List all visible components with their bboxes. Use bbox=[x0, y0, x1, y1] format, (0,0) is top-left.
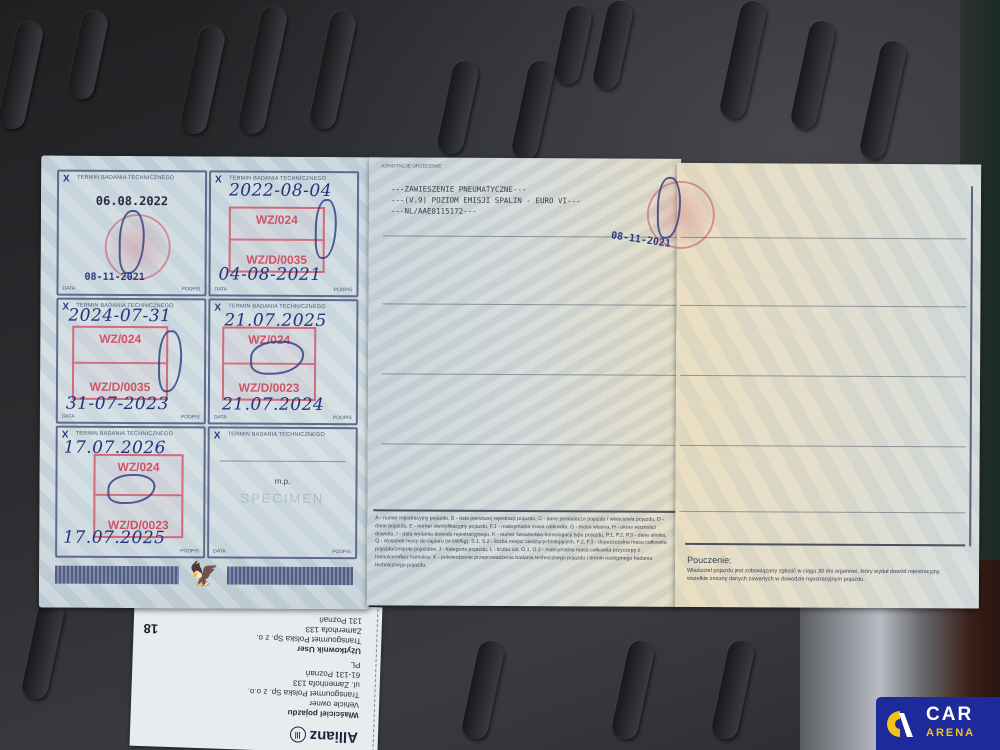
guilloche-band-left bbox=[55, 566, 179, 585]
faded-specimen-text: SPECIMEN bbox=[219, 490, 345, 506]
data-label: DATA bbox=[62, 286, 75, 292]
allianz-logo-icon: ||| bbox=[289, 726, 306, 743]
allianz-brand: Allianz||| bbox=[289, 726, 358, 745]
guilloche-band-right bbox=[227, 567, 353, 586]
box-header: TERMIN BADANIA TECHNICZNEGO bbox=[228, 432, 325, 439]
x-marker: X bbox=[214, 302, 221, 313]
insurance-card: Allianz||| Właściciel pojazdu Vehicle ow… bbox=[130, 599, 383, 750]
signature bbox=[158, 330, 182, 392]
user-street: Zamenhofa 133 bbox=[305, 625, 361, 636]
podpis-label: PODPIS bbox=[332, 549, 351, 555]
data-label: DATA bbox=[214, 414, 227, 420]
stamp-station: WZ/024 bbox=[74, 332, 166, 346]
annotation-line: ---NL/AAE8115172--- bbox=[391, 205, 581, 217]
stamp-station: WZ/024 bbox=[231, 213, 323, 227]
field-legend: A - numer rejestracyjny pojazdu, B - dat… bbox=[375, 515, 671, 571]
inspection-box-6-empty: X TERMIN BADANIA TECHNICZNEGO m.p. SPECI… bbox=[207, 426, 358, 559]
inspection-box-1: X TERMIN BADANIA TECHNICZNEGO 06.08.2022… bbox=[56, 170, 207, 297]
polish-eagle-emblem-icon: 🦅 bbox=[189, 560, 219, 590]
podpis-label: PODPIS bbox=[181, 414, 200, 420]
inspection-box-5: X TERMIN BADANIA TECHNICZNEGO 17.07.2026… bbox=[55, 426, 206, 559]
inspection-done-date: 21.07.2024 bbox=[222, 394, 324, 415]
brand-line-2: ARENA bbox=[926, 727, 975, 739]
box-header: TERMIN BADANIA TECHNICZNEGO bbox=[228, 304, 325, 311]
user-city: 131 Poznań bbox=[319, 615, 362, 625]
data-label: DATA bbox=[213, 548, 226, 554]
inspection-box-4: X TERMIN BADANIA TECHNICZNEGO 21.07.2025… bbox=[208, 298, 359, 425]
box-header: TERMIN BADANIA TECHNICZNEGO bbox=[77, 175, 174, 182]
podpis-label: PODPIS bbox=[333, 415, 352, 421]
notice-page: 08-11-2021 Pouczenie: Właściciel pojazdu… bbox=[675, 163, 981, 609]
inspection-stamp: WZ/024 WZ/D/0035 bbox=[72, 326, 168, 401]
inspection-done-date: 31-07-2023 bbox=[66, 394, 169, 415]
data-label: DATA bbox=[62, 414, 75, 420]
notice-title: Pouczenie: bbox=[687, 555, 732, 565]
podpis-label: PODPIS bbox=[180, 548, 199, 554]
car-arena-watermark: CAR ARENA bbox=[876, 697, 1000, 750]
stamp-date: 08-11-2021 bbox=[85, 272, 145, 283]
annotations-page: ADNOTACJE URZĘDOWE ---ZAWIESZENIE PNEUMA… bbox=[367, 157, 681, 607]
registration-booklet: X TERMIN BADANIA TECHNICZNEGO 06.08.2022… bbox=[39, 156, 981, 613]
stamp-station: WZ/024 bbox=[96, 460, 182, 474]
next-inspection-date: 2024-07-31 bbox=[68, 306, 171, 327]
podpis-label: PODPIS bbox=[334, 287, 353, 293]
x-marker: X bbox=[215, 174, 222, 185]
next-inspection-date: 2022-08-04 bbox=[229, 181, 332, 202]
owner-city: 61-131 Poznań bbox=[306, 669, 361, 680]
inspection-stamp: WZ/024 WZ/D/0035 bbox=[229, 207, 325, 274]
x-marker: X bbox=[63, 174, 70, 185]
inspection-box-2: X TERMIN BADANIA TECHNICZNEGO 2022-08-04… bbox=[208, 170, 359, 297]
stamp-diagnostician: WZ/D/0023 bbox=[224, 381, 314, 395]
official-annotations: ---ZAWIESZENIE PNEUMATYCZNE--- ---(V.9) … bbox=[391, 183, 581, 217]
owner-label-en: Vehicle owner bbox=[309, 699, 359, 710]
owner-label: Właściciel pojazdu bbox=[287, 708, 358, 719]
inspection-page: X TERMIN BADANIA TECHNICZNEGO 06.08.2022… bbox=[39, 156, 371, 610]
stamp-diagnostician: WZ/D/0035 bbox=[74, 380, 166, 394]
inspection-done-date: 04-08-2021 bbox=[219, 264, 322, 285]
data-label: DATA bbox=[214, 286, 227, 292]
notice-text: Właściciel pojazdu jest zobowiązany zgło… bbox=[687, 567, 957, 584]
user-label: Użytkownik User bbox=[297, 644, 361, 655]
inspection-done-date: 17.07.2025 bbox=[63, 528, 165, 549]
mp-label: m.p. bbox=[209, 476, 355, 486]
brand-line-1: CAR bbox=[926, 704, 973, 726]
owner-country: PL bbox=[351, 660, 361, 669]
inspection-box-3: X TERMIN BADANIA TECHNICZNEGO 2024-07-31… bbox=[56, 298, 207, 425]
typed-date: 06.08.2022 bbox=[59, 194, 205, 209]
box-header: TERMIN BADANIA TECHNICZNEGO bbox=[76, 431, 173, 438]
podpis-label: PODPIS bbox=[182, 286, 201, 292]
signature bbox=[315, 199, 337, 259]
x-marker: X bbox=[214, 430, 221, 441]
page-number: 18 bbox=[143, 621, 158, 636]
car-arena-logo-icon bbox=[886, 709, 914, 739]
annotations-header: ADNOTACJE URZĘDOWE bbox=[381, 163, 441, 169]
